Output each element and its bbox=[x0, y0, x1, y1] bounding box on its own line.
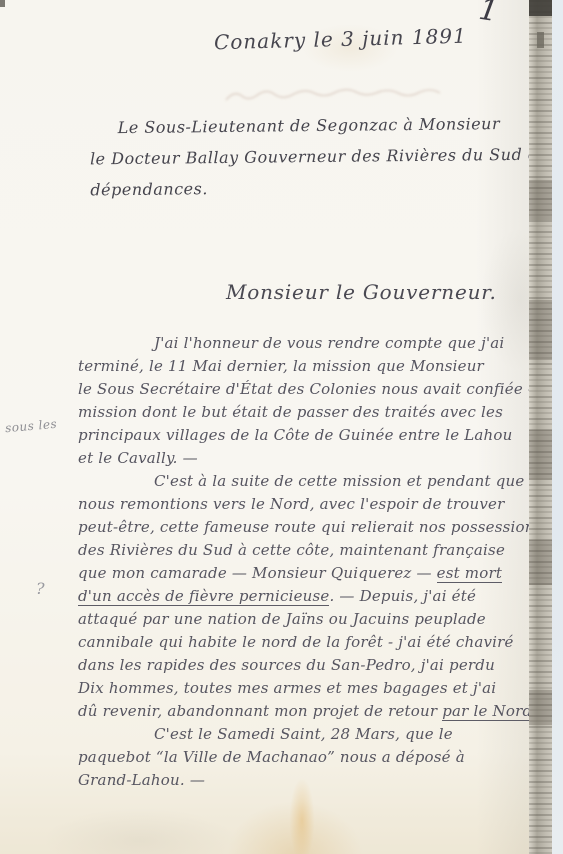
salutation: Monsieur le Gouverneur. bbox=[226, 280, 497, 304]
address-line: Le Sous-Lieutenant de Segonzac à Monsieu… bbox=[90, 108, 545, 144]
manuscript-line: peut-être, cette fameuse route qui relie… bbox=[78, 516, 543, 539]
scanned-page: Conakry le 3 juin 1891 1 Le Sous-Lieuten… bbox=[0, 0, 563, 854]
corner-mark bbox=[0, 0, 5, 7]
underlined-text: d'un accès de fièvre pernicieuse bbox=[78, 587, 329, 606]
manuscript-line: Grand-Lahou. — bbox=[78, 769, 543, 792]
address-line: le Docteur Ballay Gouverneur des Rivière… bbox=[90, 139, 545, 175]
manuscript-line: que mon camarade — Monsieur Quiquerez — … bbox=[78, 562, 543, 585]
handwritten-text: nous remontions vers le Nord, avec l'esp… bbox=[78, 495, 504, 513]
underlined-text: est mort bbox=[437, 564, 502, 583]
paragraph: C'est à la suite de cette mission et pen… bbox=[78, 470, 543, 723]
manuscript-line: mission dont le but était de passer des … bbox=[78, 401, 543, 424]
handwritten-text: mission dont le but était de passer des … bbox=[78, 403, 503, 421]
edge-dark-corner bbox=[529, 0, 552, 16]
edge-smudge bbox=[529, 540, 552, 585]
manuscript-line: le Sous Secrétaire d'État des Colonies n… bbox=[78, 378, 543, 401]
handwritten-text: attaqué par une nation de Jaïns ou Jacui… bbox=[78, 610, 486, 628]
manuscript-line: et le Cavally. — bbox=[78, 447, 543, 470]
book-edge-band bbox=[529, 0, 552, 854]
handwritten-text: le Sous Secrétaire d'État des Colonies n… bbox=[78, 380, 543, 398]
paragraph: J'ai l'honneur de vous rendre compte que… bbox=[78, 332, 543, 470]
handwritten-text: et le Cavally. — bbox=[78, 449, 198, 467]
margin-question-mark: ? bbox=[36, 579, 45, 598]
handwritten-text: Dix hommes, toutes mes armes et mes baga… bbox=[78, 679, 496, 697]
handwritten-text: C'est le Samedi Saint, 28 Mars, que le bbox=[154, 725, 453, 743]
handwritten-text: dû revenir, abandonnant mon projet de re… bbox=[78, 702, 442, 720]
scanner-background-strip bbox=[552, 0, 563, 854]
edge-smudge bbox=[529, 430, 552, 480]
handwritten-text: . — Depuis, j'ai été bbox=[329, 587, 476, 605]
paragraph: C'est le Samedi Saint, 28 Mars, que le p… bbox=[78, 723, 543, 792]
manuscript-line: C'est le Samedi Saint, 28 Mars, que le bbox=[78, 723, 543, 746]
edge-smudge bbox=[529, 180, 552, 220]
manuscript-line: dû revenir, abandonnant mon projet de re… bbox=[78, 700, 543, 723]
handwritten-text: terminé, le 11 Mai dernier, la mission q… bbox=[78, 357, 484, 375]
handwritten-text: cannibale qui habite le nord de la forêt… bbox=[78, 633, 514, 651]
underlined-text: par le Nord bbox=[442, 702, 532, 721]
manuscript-line: d'un accès de fièvre pernicieuse. — Depu… bbox=[78, 585, 543, 608]
manuscript-line: nous remontions vers le Nord, avec l'esp… bbox=[78, 493, 543, 516]
edge-ink-mark bbox=[537, 32, 544, 48]
handwritten-text: Grand-Lahou. — bbox=[78, 771, 205, 789]
manuscript-line: des Rivières du Sud à cette côte, mainte… bbox=[78, 539, 543, 562]
handwritten-text: peut-être, cette fameuse route qui relie… bbox=[78, 518, 543, 536]
handwritten-text: dans les rapides des sources du San-Pedr… bbox=[78, 656, 495, 674]
handwritten-text: J'ai l'honneur de vous rendre compte que… bbox=[154, 334, 504, 352]
manuscript-line: J'ai l'honneur de vous rendre compte que… bbox=[78, 332, 543, 355]
manuscript-line: terminé, le 11 Mai dernier, la mission q… bbox=[78, 355, 543, 378]
letter-body: J'ai l'honneur de vous rendre compte que… bbox=[78, 332, 543, 792]
handwritten-text: des Rivières du Sud à cette côte, mainte… bbox=[78, 541, 505, 559]
manuscript-line: attaqué par une nation de Jaïns ou Jacui… bbox=[78, 608, 543, 631]
edge-smudge bbox=[529, 690, 552, 725]
address-line: dépendances. bbox=[90, 170, 545, 206]
manuscript-line: cannibale qui habite le nord de la forêt… bbox=[78, 631, 543, 654]
handwritten-text: paquebot “la Ville de Machanao” nous a d… bbox=[78, 748, 465, 766]
manuscript-line: dans les rapides des sources du San-Pedr… bbox=[78, 654, 543, 677]
handwritten-text: principaux villages de la Côte de Guinée… bbox=[78, 426, 513, 444]
bleed-through-ghost bbox=[222, 86, 452, 108]
handwritten-text: que mon camarade — Monsieur Quiquerez — bbox=[78, 564, 437, 582]
address-block: Le Sous-Lieutenant de Segonzac à Monsieu… bbox=[90, 108, 546, 206]
manuscript-line: paquebot “la Ville de Machanao” nous a d… bbox=[78, 746, 543, 769]
manuscript-line: C'est à la suite de cette mission et pen… bbox=[78, 470, 543, 493]
manuscript-line: Dix hommes, toutes mes armes et mes baga… bbox=[78, 677, 543, 700]
edge-smudge bbox=[529, 300, 552, 360]
handwritten-text: C'est à la suite de cette mission et pen… bbox=[154, 472, 524, 490]
manuscript-line: principaux villages de la Côte de Guinée… bbox=[78, 424, 543, 447]
